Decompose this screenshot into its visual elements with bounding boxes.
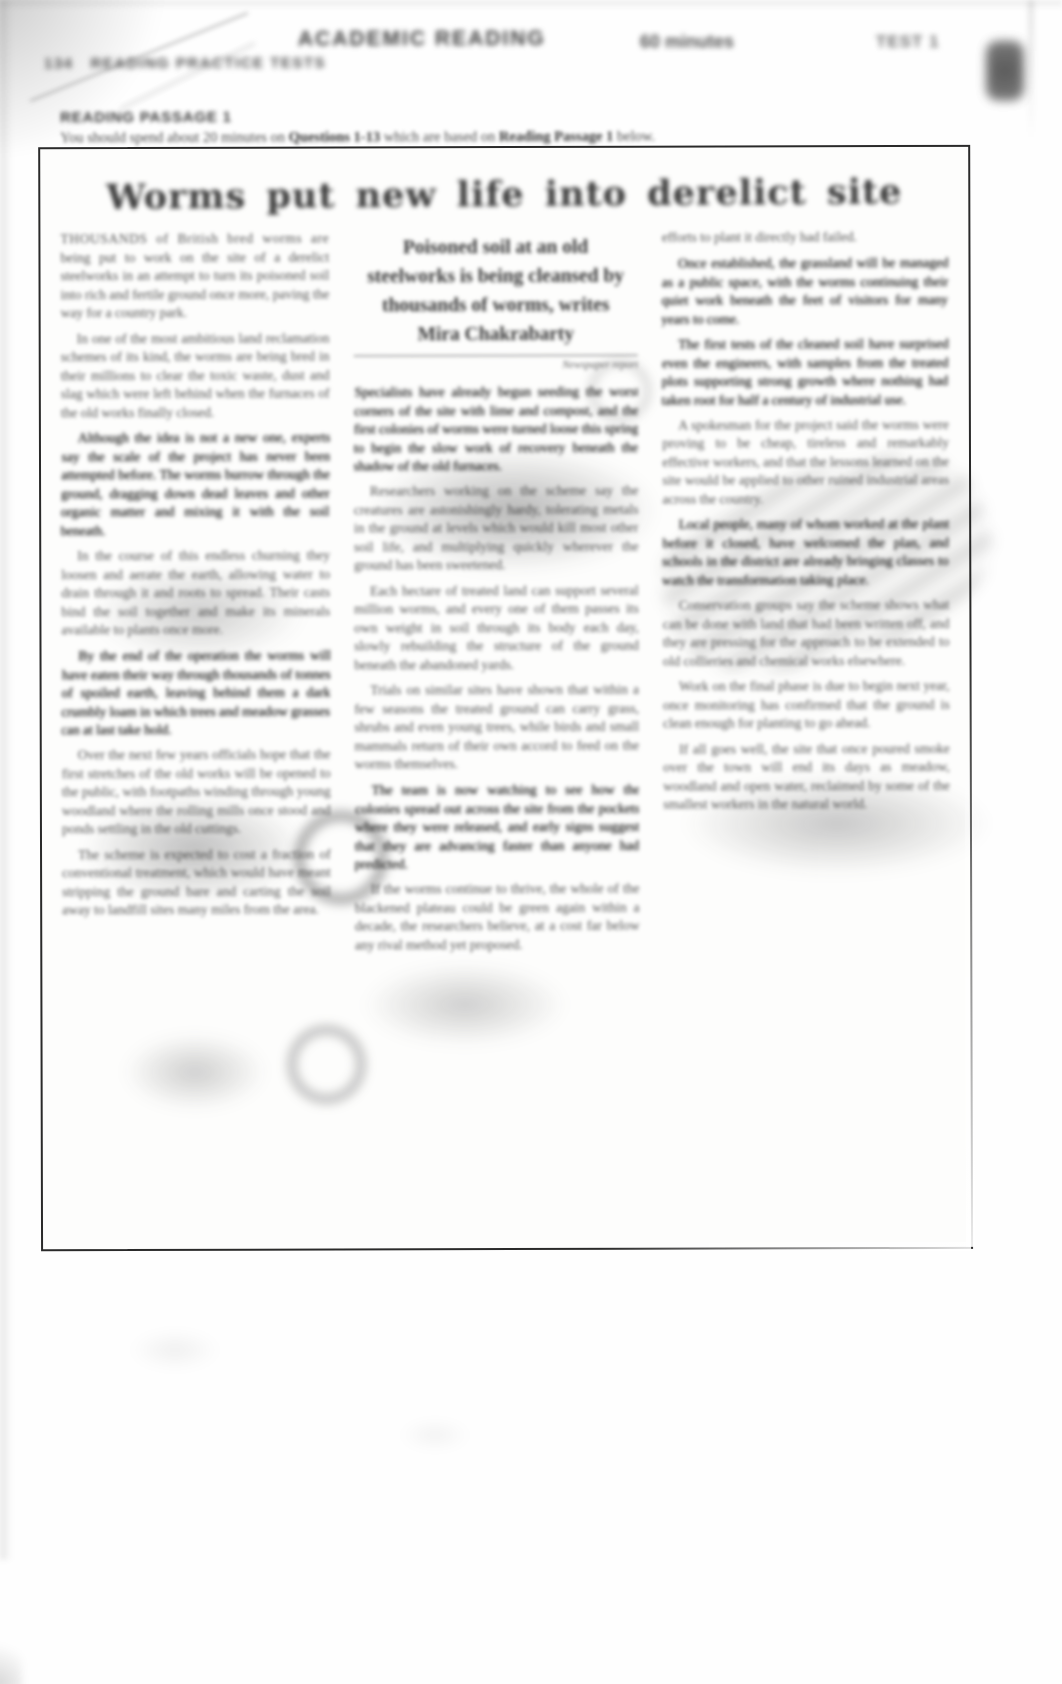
page-edge-tab-marker (986, 41, 1024, 101)
book-title: READING PRACTICE TESTS (90, 55, 326, 73)
border-fade (964, 642, 975, 1247)
paragraph: In the course of this endless churning t… (61, 547, 330, 640)
article-box: Worms put new life into derelict site TH… (38, 145, 973, 1251)
section-title: ACADEMIC READING (298, 27, 628, 52)
article-column-2: Poisoned soil at an old steelworks is be… (353, 229, 640, 1232)
book-header: 134 READING PRACTICE TESTS (44, 55, 326, 73)
paragraph: The first tests of the cleaned soil have… (662, 334, 950, 409)
instruction-text: which are based on (380, 129, 499, 145)
paragraph: If the worms continue to thrive, the who… (355, 880, 640, 955)
paragraph: efforts to plant it directly had failed. (662, 228, 949, 247)
paragraph: THOUSANDS of British bred worms are bein… (60, 230, 329, 323)
paragraph: Specialists have already begun seeding t… (353, 382, 639, 475)
article-headline: Worms put new life into derelict site (70, 171, 938, 218)
paragraph: Although the idea is not a new one, expe… (60, 429, 330, 541)
paragraph: Over the next few years officials hope t… (62, 746, 331, 839)
source-note: Newspaper report (354, 357, 639, 376)
paragraph: If all goes well, the site that once pou… (663, 739, 950, 814)
scanned-page: ACADEMIC READING 60 minutes TEST 1 134 R… (0, 0, 1062, 1684)
instruction-text: You should spend about 20 minutes on (60, 130, 289, 147)
passage-reference: Reading Passage 1 (499, 129, 613, 145)
paragraph: Each hectare of treated land can support… (354, 581, 639, 674)
paragraph: A spokesman for the project said the wor… (662, 415, 949, 508)
paragraph: The team is now watching to see how the … (354, 780, 640, 873)
page-number: 134 (44, 55, 74, 72)
article-column-3: efforts to plant it directly had failed.… (662, 228, 951, 1231)
paragraph: Once established, the grassland will be … (662, 253, 949, 328)
test-label: TEST 1 (876, 32, 940, 52)
paragraph: Conservation groups say the scheme shows… (663, 596, 950, 671)
paragraph: Work on the final phase is due to begin … (663, 677, 950, 733)
border-fade (600, 1242, 971, 1252)
paragraph: In one of the most ambitious land reclam… (61, 329, 330, 422)
reading-passage-heading: READING PASSAGE 1 (60, 109, 232, 126)
duration-label: 60 minutes (640, 31, 734, 52)
standfirst: Poisoned soil at an old steelworks is be… (359, 233, 632, 350)
article-columns: THOUSANDS of British bred worms are bein… (40, 228, 971, 1232)
paragraph: By the end of the operation the worms wi… (61, 646, 331, 739)
paragraph: The scheme is expected to cost a fractio… (62, 845, 331, 920)
instruction-text: below. (613, 129, 655, 145)
paragraph: Researchers working on the scheme say th… (354, 482, 639, 575)
article-column-1: THOUSANDS of British bred worms are bein… (60, 230, 331, 1233)
questions-reference: Questions 1-13 (289, 129, 380, 145)
paragraph: Trials on similar sites have shown that … (354, 681, 639, 774)
paragraph: Local people, many of whom worked at the… (662, 515, 950, 590)
